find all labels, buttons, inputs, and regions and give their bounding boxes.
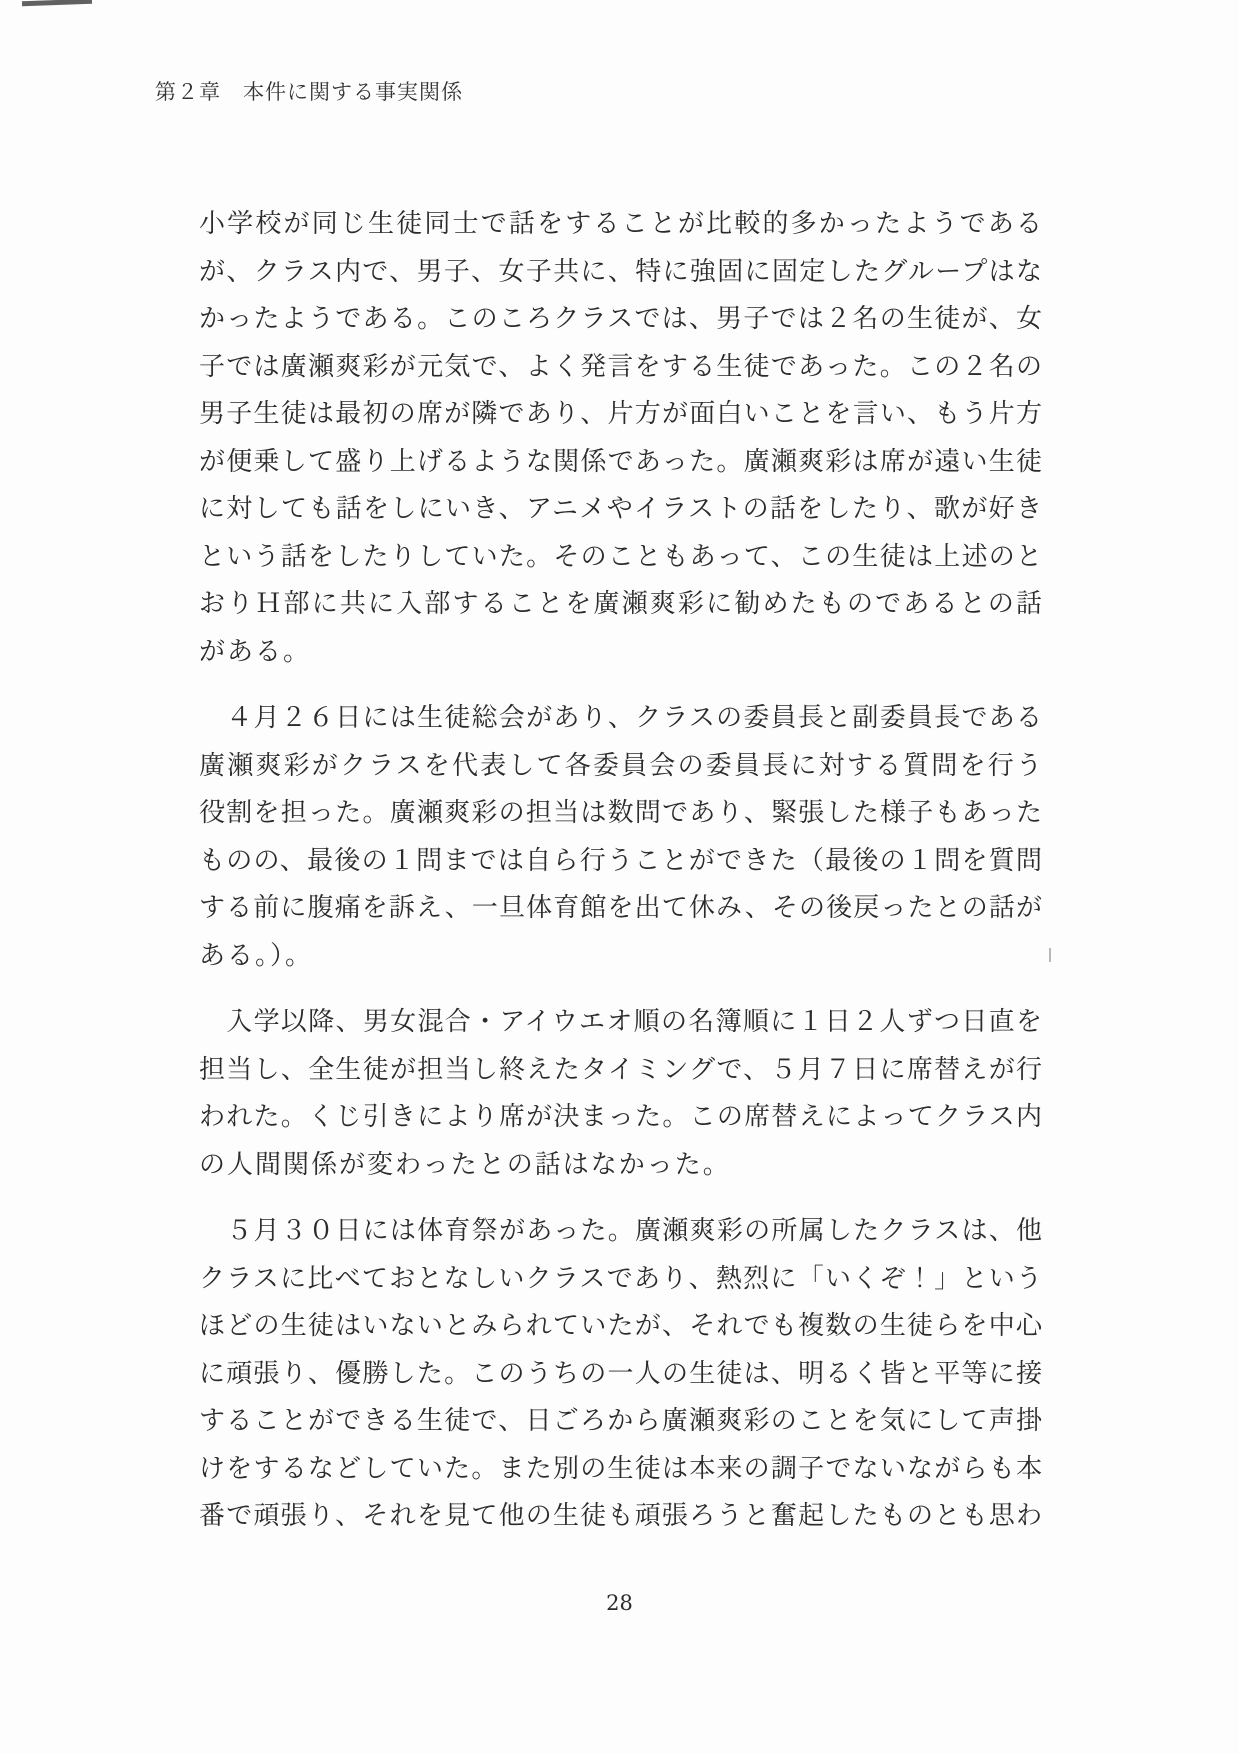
text-line: ４月２６日には生徒総会があり、クラスの委員長と副委員長である bbox=[199, 695, 1042, 743]
page-number: 28 bbox=[0, 1591, 1239, 1615]
text-line: かったようである。このころクラスでは、男子では２名の生徒が、女 bbox=[199, 296, 1042, 344]
text-line: 子では廣瀬爽彩が元気で、よく発言をする生徒であった。この２名の bbox=[199, 344, 1042, 392]
text-line: することができる生徒で、日ごろから廣瀬爽彩のことを気にして声掛 bbox=[199, 1398, 1042, 1446]
text-line: 番で頑張り、それを見て他の生徒も頑張ろうと奮起したものとも思わ bbox=[199, 1493, 1042, 1541]
text-line: ある。）。 bbox=[199, 933, 1042, 981]
text-line: 入学以降、男女混合・アイウエオ順の名簿順に１日２人ずつ日直を bbox=[199, 999, 1042, 1047]
text-line: ５月３０日には体育祭があった。廣瀬爽彩の所属したクラスは、他 bbox=[199, 1208, 1042, 1256]
document-body: 小学校が同じ生徒同士で話をすることが比較的多かったようである が、クラス内で、男… bbox=[199, 201, 1042, 1560]
paragraph: ４月２６日には生徒総会があり、クラスの委員長と副委員長である 廣瀬爽彩がクラスを… bbox=[199, 695, 1042, 980]
text-line: 役割を担った。廣瀬爽彩の担当は数問であり、緊張した様子もあった bbox=[199, 790, 1042, 838]
paragraph: 小学校が同じ生徒同士で話をすることが比較的多かったようである が、クラス内で、男… bbox=[199, 201, 1042, 676]
text-line: に頑張り、優勝した。このうちの一人の生徒は、明るく皆と平等に接 bbox=[199, 1351, 1042, 1399]
chapter-header: 第２章 本件に関する事実関係 bbox=[155, 76, 463, 106]
text-line: けをするなどしていた。また別の生徒は本来の調子でないながらも本 bbox=[199, 1446, 1042, 1494]
text-line: われた。くじ引きにより席が決まった。この席替えによってクラス内 bbox=[199, 1094, 1042, 1142]
text-line: の人間関係が変わったとの話はなかった。 bbox=[199, 1142, 1042, 1190]
text-line: に対しても話をしにいき、アニメやイラストの話をしたり、歌が好き bbox=[199, 486, 1042, 534]
text-line: おりＨ部に共に入部することを廣瀬爽彩に勧めたものであるとの話 bbox=[199, 581, 1042, 629]
text-line: 担当し、全生徒が担当し終えたタイミングで、５月７日に席替えが行 bbox=[199, 1047, 1042, 1095]
text-line: 男子生徒は最初の席が隣であり、片方が面白いことを言い、もう片方 bbox=[199, 391, 1042, 439]
text-line: する前に腹痛を訴え、一旦体育館を出て休み、その後戻ったとの話が bbox=[199, 885, 1042, 933]
document-page: 第２章 本件に関する事実関係 小学校が同じ生徒同士で話をすることが比較的多かった… bbox=[0, 0, 1239, 1754]
text-line: クラスに比べておとなしいクラスであり、熱烈に「いくぞ！」という bbox=[199, 1256, 1042, 1304]
text-line: ものの、最後の１問までは自ら行うことができた（最後の１問を質問 bbox=[199, 838, 1042, 886]
paragraph: ５月３０日には体育祭があった。廣瀬爽彩の所属したクラスは、他 クラスに比べておと… bbox=[199, 1208, 1042, 1541]
text-line: がある。 bbox=[199, 629, 1042, 677]
scan-artifact bbox=[22, 0, 92, 6]
text-line: という話をしたりしていた。そのこともあって、この生徒は上述のと bbox=[199, 534, 1042, 582]
scan-artifact bbox=[1049, 948, 1051, 962]
paragraph: 入学以降、男女混合・アイウエオ順の名簿順に１日２人ずつ日直を 担当し、全生徒が担… bbox=[199, 999, 1042, 1189]
text-line: が、クラス内で、男子、女子共に、特に強固に固定したグループはな bbox=[199, 249, 1042, 297]
text-line: 廣瀬爽彩がクラスを代表して各委員会の委員長に対する質問を行う bbox=[199, 743, 1042, 791]
text-line: が便乗して盛り上げるような関係であった。廣瀬爽彩は席が遠い生徒 bbox=[199, 439, 1042, 487]
text-line: ほどの生徒はいないとみられていたが、それでも複数の生徒らを中心 bbox=[199, 1303, 1042, 1351]
text-line: 小学校が同じ生徒同士で話をすることが比較的多かったようである bbox=[199, 201, 1042, 249]
